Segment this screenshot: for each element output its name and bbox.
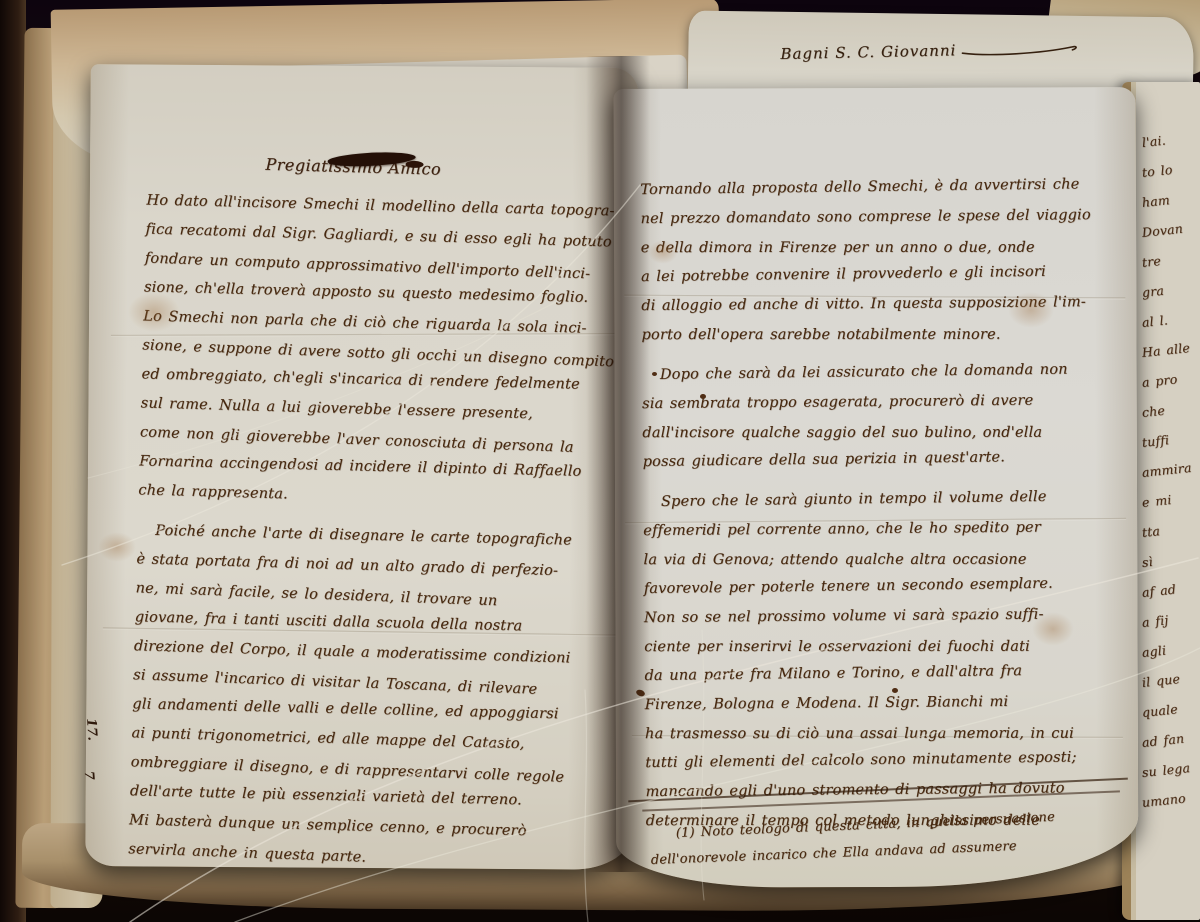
right-paragraph-1: Tornando alla proposta dello Smechi, è d… <box>640 172 1131 350</box>
ink-blot-small <box>405 161 423 168</box>
docket-text: Bagni S. C. Giovanni <box>780 41 956 63</box>
right-page-text: Tornando alla proposta dello Smechi, è d… <box>640 172 1136 847</box>
manuscript-line: mancando egli d'uno stromento di passagg… <box>645 774 1135 807</box>
foxing-stain <box>648 240 678 264</box>
manuscript-line: di alloggio ed anche di vitto. In questa… <box>641 288 1131 321</box>
letter-salutation: Pregiatissimo Amico <box>265 155 635 184</box>
manuscript-line: a lei potrebbe convenire il provvederlo … <box>641 257 1131 292</box>
manuscript-line: da una parte fra Milano e Torino, e dall… <box>644 656 1134 691</box>
manuscript-line: Dopo che sarà da lei assicurato che la d… <box>660 355 1132 390</box>
manuscript-line: Spero che le sarà giunto in tempo il vol… <box>661 482 1133 517</box>
right-paragraph-2: Dopo che sarà da lei assicurato che la d… <box>642 357 1133 477</box>
docket-inscription: Bagni S. C. Giovanni <box>780 39 1080 63</box>
manuscript-line: sia sembrata troppo esagerata, procurerò… <box>642 386 1132 419</box>
flourish-underline-icon <box>960 43 1080 58</box>
manuscript-line: tutti gli elementi del calcolo sono minu… <box>645 743 1135 778</box>
foxing-stain <box>98 532 136 562</box>
foxing-stain <box>1008 292 1054 328</box>
foxing-stain <box>128 292 180 332</box>
ink-speck <box>892 688 898 693</box>
text-fragment: umano <box>1140 782 1200 818</box>
margin-mark: 7 <box>81 770 97 780</box>
manuscript-line: favorevole per poterle tenere un secondo… <box>644 569 1134 604</box>
margin-mark: 17. <box>83 718 100 742</box>
manuscript-line: Tornando alla proposta dello Smechi, è d… <box>640 170 1130 205</box>
manuscript-line: porto dell'opera sarebbe notabilmente mi… <box>642 321 1132 350</box>
foxing-stain <box>1032 612 1074 646</box>
manuscript-photo: Bagni S. C. Giovanni l'ai.to lohamDovant… <box>0 0 1200 922</box>
left-paragraph-1: Ho dato all'incisore Smechi il modellino… <box>138 186 635 519</box>
right-paragraph-3: Spero che le sarà giunto in tempo il vol… <box>643 484 1136 836</box>
left-page: Pregiatissimo Amico Ho dato all'incisore… <box>85 64 639 870</box>
ink-speck <box>700 394 706 399</box>
left-paragraph-2: Poiché anche l'arte di disegnare le cart… <box>128 516 626 877</box>
manuscript-line: possa giudicare della sua perizia in que… <box>642 442 1132 477</box>
manuscript-line: nel prezzo domandato sono comprese le sp… <box>640 201 1130 234</box>
ink-speck <box>652 372 657 376</box>
right-page: Tornando alla proposta dello Smechi, è d… <box>614 87 1139 888</box>
manuscript-line: effemeridi pel corrente anno, che le ho … <box>643 513 1133 546</box>
left-page-text: Pregiatissimo Amico Ho dato all'incisore… <box>128 151 636 888</box>
manuscript-line: Firenze, Bologna e Modena. Il Sigr. Bian… <box>645 687 1135 720</box>
